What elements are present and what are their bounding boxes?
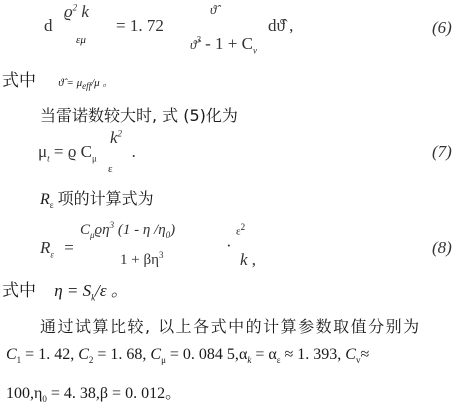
eq7-label: (7) — [432, 142, 452, 162]
eq6-eq: = 1. 72 — [116, 16, 164, 36]
paragraph-parameters: 通过试算比较, 以上各式中的计算参数取值分别为 — [40, 314, 421, 337]
eq6-den: εμ — [76, 34, 86, 46]
eq6-d: d — [44, 16, 53, 36]
eq6-frac2-den: ϑ̂3 - 1 + Cv — [190, 34, 257, 55]
eq7-lhs: μt = ϱ Cμ — [38, 142, 97, 163]
where-clause-1: 式中 ϑ̂ = μeff/μ 。 — [2, 66, 113, 91]
eq6-dtheta: dϑ̂ , — [268, 16, 293, 36]
eq8-label: (8) — [432, 238, 452, 258]
eq6-frac2-num: ϑ̂ — [210, 2, 216, 18]
eq8-f2-num: ε2 — [236, 222, 245, 238]
eq7-num: k2 — [110, 128, 122, 148]
eq6-num: ϱ2 k — [64, 2, 89, 22]
paragraph-reynolds: 当雷诺数较大时, 式 (5)化为 — [40, 103, 238, 126]
eq7-den: ε — [108, 163, 113, 175]
where-clause-2: 式中 η = Sk/ε 。 — [2, 276, 128, 302]
eq8-num: Cμϱη3 (1 - η /η0) — [80, 220, 175, 240]
parameters-line-2: 100,η0 = 4. 38,β = 0. 012。 — [6, 380, 181, 404]
parameters-line-1: C1 = 1. 42, C2 = 1. 68, Cμ = 0. 084 5,αk… — [6, 346, 369, 365]
eq8-lhs: Rε = — [40, 238, 74, 259]
eq8-f2-den: k , — [240, 250, 256, 270]
eq8-den: 1 + βη3 — [120, 250, 163, 269]
eq7-dot: . — [132, 142, 136, 162]
paragraph-r-term: Rε 项的计算式为 — [40, 186, 154, 210]
eq8-dot: · — [226, 236, 232, 256]
eq6-label: (6) — [432, 18, 452, 38]
